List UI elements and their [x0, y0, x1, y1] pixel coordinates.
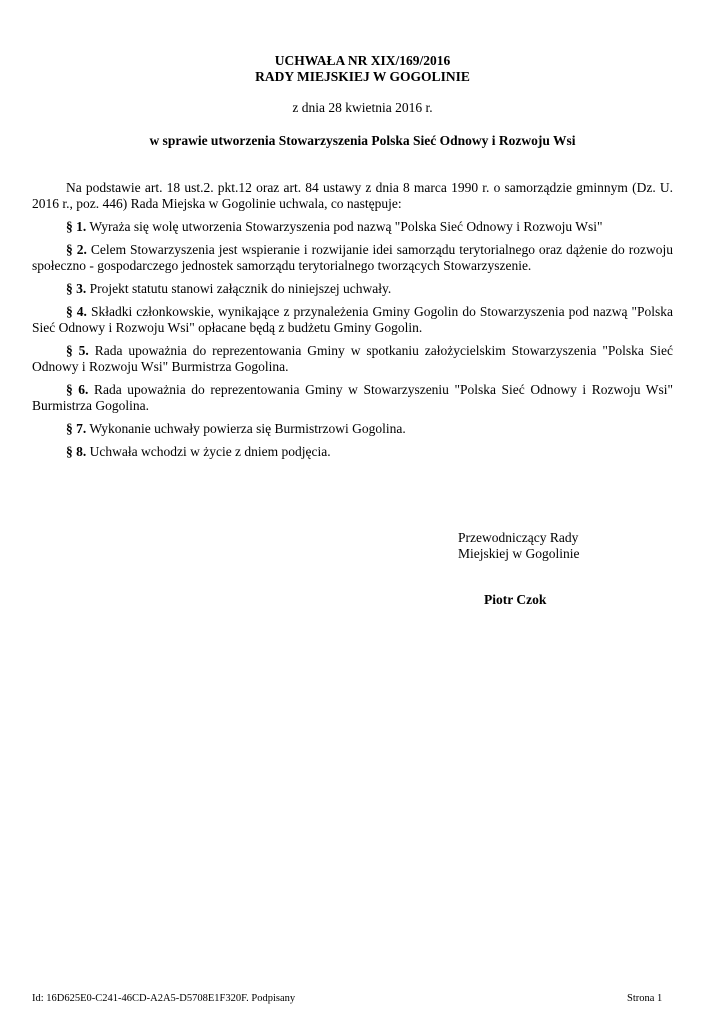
paragraph-number: § 7.: [66, 421, 86, 436]
paragraph-2: § 2. Celem Stowarzyszenia jest wspierani…: [32, 242, 673, 274]
paragraph-number: § 2.: [66, 242, 87, 257]
resolution-subject: w sprawie utworzenia Stowarzyszenia Pols…: [0, 133, 725, 149]
paragraph-3: § 3. Projekt statutu stanowi załącznik d…: [32, 281, 673, 297]
signatory-name: Piotr Czok: [484, 592, 546, 608]
signature-role-line-2: Miejskiej w Gogolinie: [458, 546, 580, 562]
paragraph-7: § 7. Wykonanie uchwały powierza się Burm…: [32, 421, 673, 437]
paragraph-text: Składki członkowskie, wynikające z przyn…: [32, 304, 673, 335]
paragraph-number: § 4.: [66, 304, 87, 319]
document-page: UCHWAŁA NR XIX/169/2016 RADY MIEJSKIEJ W…: [0, 0, 725, 1024]
paragraph-text: Projekt statutu stanowi załącznik do nin…: [86, 281, 391, 296]
paragraph-1: § 1. Wyraża się wolę utworzenia Stowarzy…: [32, 219, 673, 235]
title-line-1: UCHWAŁA NR XIX/169/2016: [0, 53, 725, 69]
paragraph-number: § 8.: [66, 444, 86, 459]
resolution-body: Na podstawie art. 18 ust.2. pkt.12 oraz …: [32, 180, 673, 467]
paragraph-text: Rada upoważnia do reprezentowania Gminy …: [32, 382, 673, 413]
resolution-date: z dnia 28 kwietnia 2016 r.: [0, 100, 725, 116]
title-line-2: RADY MIEJSKIEJ W GOGOLINIE: [0, 69, 725, 85]
paragraph-number: § 6.: [66, 382, 88, 397]
paragraph-5: § 5. Rada upoważnia do reprezentowania G…: [32, 343, 673, 375]
paragraph-text: Wyraża się wolę utworzenia Stowarzyszeni…: [86, 219, 602, 234]
document-id: Id: 16D625E0-C241-46CD-A2A5-D5708E1F320F…: [32, 993, 295, 1004]
resolution-title: UCHWAŁA NR XIX/169/2016 RADY MIEJSKIEJ W…: [0, 53, 725, 85]
paragraph-text: Rada upoważnia do reprezentowania Gminy …: [32, 343, 673, 374]
preamble: Na podstawie art. 18 ust.2. pkt.12 oraz …: [32, 180, 673, 212]
paragraph-text: Uchwała wchodzi w życie z dniem podjęcia…: [86, 444, 330, 459]
paragraph-number: § 1.: [66, 219, 86, 234]
signature-role: Przewodniczący Rady Miejskiej w Gogolini…: [458, 530, 580, 562]
paragraph-text: Wykonanie uchwały powierza się Burmistrz…: [86, 421, 406, 436]
paragraph-text: Celem Stowarzyszenia jest wspieranie i r…: [32, 242, 673, 273]
paragraph-8: § 8. Uchwała wchodzi w życie z dniem pod…: [32, 444, 673, 460]
page-number: Strona 1: [627, 993, 662, 1004]
paragraph-6: § 6. Rada upoważnia do reprezentowania G…: [32, 382, 673, 414]
paragraph-number: § 3.: [66, 281, 86, 296]
paragraph-4: § 4. Składki członkowskie, wynikające z …: [32, 304, 673, 336]
signature-role-line-1: Przewodniczący Rady: [458, 530, 580, 546]
paragraph-number: § 5.: [66, 343, 89, 358]
